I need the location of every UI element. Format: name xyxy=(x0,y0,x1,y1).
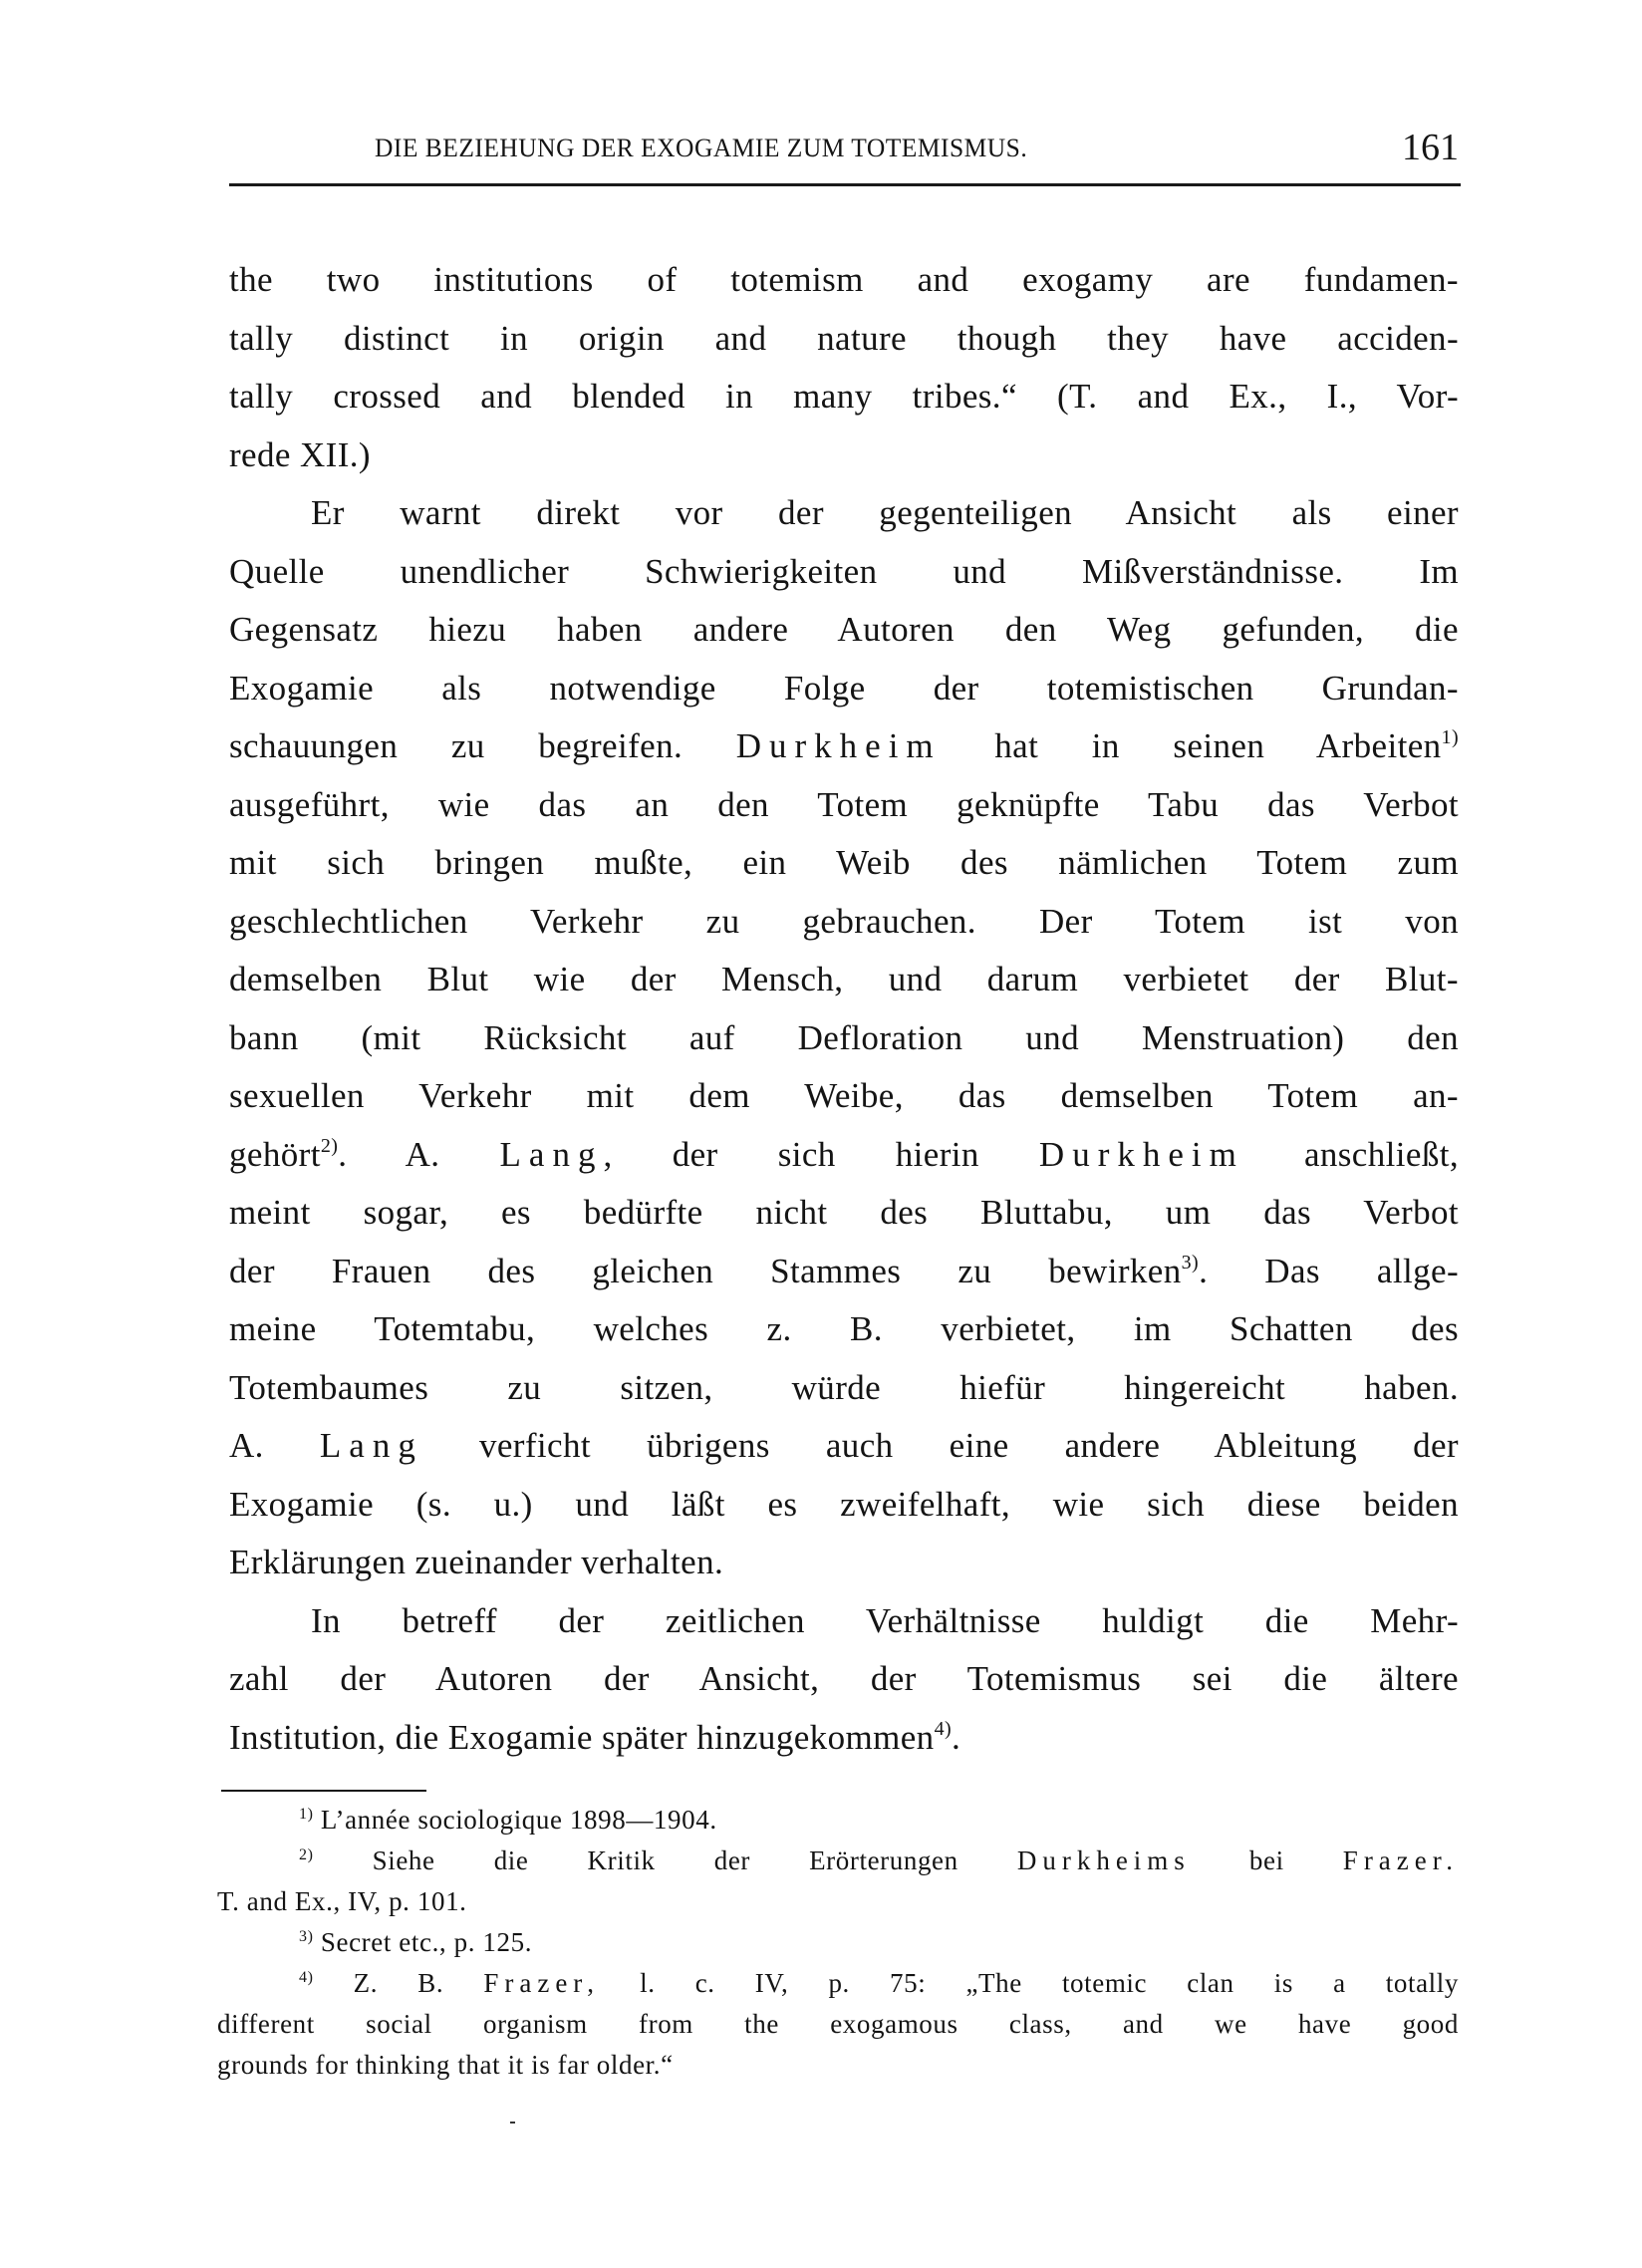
author-name-frazer: Frazer, xyxy=(483,1968,600,1998)
footnote-ref-1[interactable]: 1) xyxy=(1442,726,1459,748)
text-line: tally crossed and blended in many tribes… xyxy=(229,368,1459,426)
footnote-marker: 4) xyxy=(299,1969,314,1986)
author-name-frazer: Frazer. xyxy=(1343,1845,1459,1875)
scan-speck xyxy=(510,2122,515,2124)
text-span: . xyxy=(952,1718,960,1757)
text-span: Institution, die Exogamie später hinzuge… xyxy=(229,1718,935,1757)
text-line: Gegensatz hiezu haben andere Autoren den… xyxy=(229,601,1459,660)
text-span: . Das allge- xyxy=(1199,1252,1459,1290)
text-line: A. Lang verficht übrigens auch eine ande… xyxy=(229,1417,1459,1476)
author-name-lang: Lang xyxy=(500,1135,604,1174)
footnote-4-cont: grounds for thinking that it is far olde… xyxy=(217,2045,1459,2086)
text-line: Erklärungen zueinander verhalten. xyxy=(229,1534,1459,1592)
text-line: gehört2). A. Lang, der sich hierin Durkh… xyxy=(229,1126,1459,1185)
text-line: ausgeführt, wie das an den Totem geknüpf… xyxy=(229,776,1459,835)
footnote-text: l. c. IV, p. 75: „The totemic clan is a … xyxy=(640,1968,1459,1998)
text-line: der Frauen des gleichen Stammes zu bewir… xyxy=(229,1243,1459,1301)
text-line: mit sich bringen mußte, ein Weib des näm… xyxy=(229,834,1459,893)
text-line: Exogamie als notwendige Folge der totemi… xyxy=(229,660,1459,718)
text-line: the two institutions of totemism and exo… xyxy=(229,251,1459,310)
footnote-4: 4) Z. B. Frazer, l. c. IV, p. 75: „The t… xyxy=(217,1963,1459,2004)
text-line: zahl der Autoren der Ansicht, der Totemi… xyxy=(229,1650,1459,1709)
footnote-2-cont: T. and Ex., IV, p. 101. xyxy=(217,1881,1459,1922)
text-line: meint sogar, es bedürfte nicht des Blutt… xyxy=(229,1184,1459,1243)
footnote-text: bei xyxy=(1249,1845,1284,1875)
book-page: DIE BEZIEHUNG DER EXOGAMIE ZUM TOTEMISMU… xyxy=(0,0,1642,2268)
text-span: hat in seinen Arbeiten xyxy=(994,726,1441,765)
text-span: schauungen zu begreifen. xyxy=(229,726,683,765)
footnote-text: Z. B. xyxy=(354,1968,444,1998)
footnote-ref-3[interactable]: 3) xyxy=(1182,1252,1199,1274)
text-span: . A. xyxy=(338,1135,439,1174)
paragraph-start: Er warnt direkt vor der gegenteiligen An… xyxy=(229,484,1459,543)
page-number: 161 xyxy=(1402,126,1459,169)
footnote-text: Secret etc., p. 125. xyxy=(321,1927,532,1957)
header-rule xyxy=(229,183,1461,186)
text-line: bann (mit Rücksicht auf Defloration und … xyxy=(229,1009,1459,1068)
footnote-ref-4[interactable]: 4) xyxy=(935,1718,952,1740)
text-line: Totembaumes zu sitzen, würde hiefür hing… xyxy=(229,1359,1459,1418)
text-line: demselben Blut wie der Mensch, und darum… xyxy=(229,951,1459,1009)
footnote-ref-2[interactable]: 2) xyxy=(321,1135,338,1157)
text-span: verficht übrigens auch eine andere Ablei… xyxy=(479,1426,1459,1465)
text-span: gehört xyxy=(229,1135,321,1174)
text-line: sexuellen Verkehr mit dem Weibe, das dem… xyxy=(229,1067,1459,1126)
footnote-rule xyxy=(221,1790,426,1792)
footnote-text: Siehe die Kritik der Erörterungen xyxy=(373,1845,958,1875)
text-line: Exogamie (s. u.) und läßt es zweifelhaft… xyxy=(229,1476,1459,1535)
text-line: Quelle unendlicher Schwierigkeiten und M… xyxy=(229,543,1459,602)
footnote-4-cont: different social organism from the exoga… xyxy=(217,2004,1459,2045)
text-line: schauungen zu begreifen. Durkheim hat in… xyxy=(229,717,1459,776)
footnote-3: 3) Secret etc., p. 125. xyxy=(217,1922,1459,1963)
text-line: Institution, die Exogamie später hinzuge… xyxy=(229,1709,1459,1768)
text-line: geschlechtlichen Verkehr zu gebrauchen. … xyxy=(229,893,1459,952)
footnote-marker: 2) xyxy=(299,1846,314,1863)
body-text: the two institutions of totemism and exo… xyxy=(229,251,1459,1767)
footnote-marker: 3) xyxy=(299,1928,314,1945)
text-span: A. xyxy=(229,1426,264,1465)
footnote-marker: 1) xyxy=(299,1806,314,1823)
author-name-durkheim: Durkheim xyxy=(736,726,942,765)
footnote-1: 1) L’année sociologique 1898—1904. xyxy=(217,1800,1459,1841)
text-line: tally distinct in origin and nature thou… xyxy=(229,310,1459,369)
text-line: meine Totemtabu, welches z. B. verbietet… xyxy=(229,1300,1459,1359)
footnote-text: L’année sociologique 1898—1904. xyxy=(321,1805,717,1835)
paragraph-start: In betreff der zeitlichen Verhältnisse h… xyxy=(229,1592,1459,1651)
running-head: DIE BEZIEHUNG DER EXOGAMIE ZUM TOTEMISMU… xyxy=(227,126,1459,175)
author-name-lang: Lang xyxy=(320,1426,423,1465)
author-name-durkheims: Durkheims xyxy=(1017,1845,1191,1875)
text-span: , der sich hierin xyxy=(603,1135,978,1174)
text-span: anschließt, xyxy=(1304,1135,1459,1174)
text-span: der Frauen des gleichen Stammes zu bewir… xyxy=(229,1252,1182,1290)
footnotes: 1) L’année sociologique 1898—1904. 2) Si… xyxy=(217,1800,1459,2086)
text-line: rede XII.) xyxy=(229,426,1459,485)
running-title: DIE BEZIEHUNG DER EXOGAMIE ZUM TOTEMISMU… xyxy=(375,134,1027,163)
author-name-durkheim: Durkheim xyxy=(1039,1135,1244,1174)
footnote-2: 2) Siehe die Kritik der Erörterungen Dur… xyxy=(217,1841,1459,1881)
